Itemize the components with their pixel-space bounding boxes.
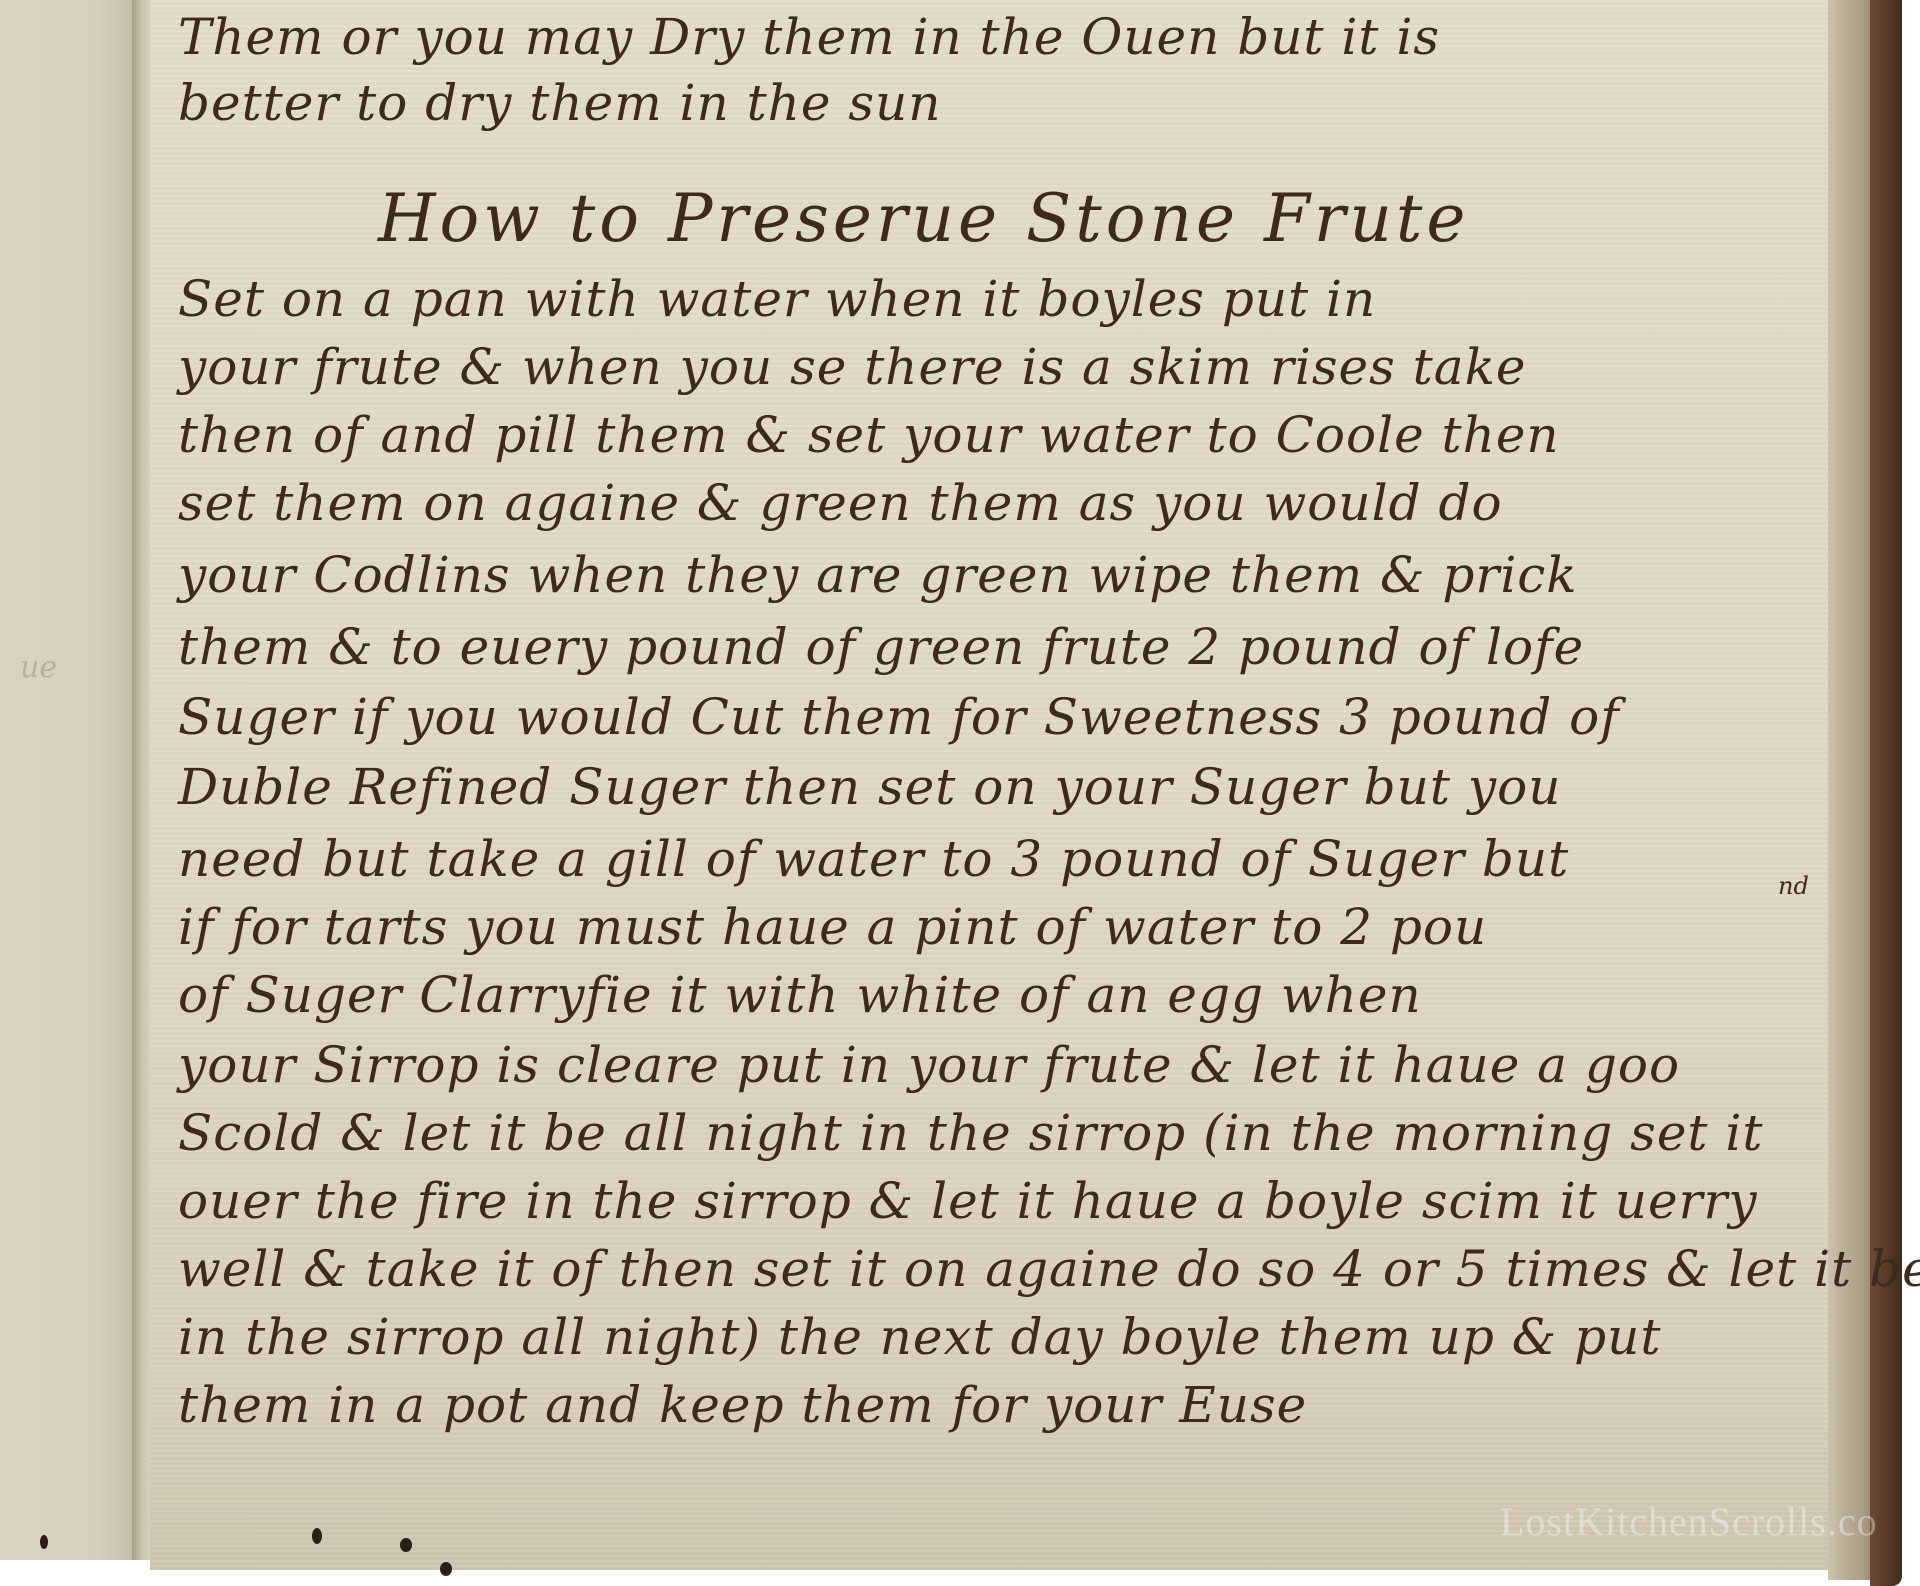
recipe-line: your Codlins when they are green wipe th… bbox=[178, 546, 1578, 604]
recipe-title: How to Preserue Stone Frute bbox=[378, 180, 1470, 257]
recipe-line: them in a pot and keep them for your Eus… bbox=[178, 1376, 1307, 1434]
page-fore-edge bbox=[1828, 0, 1872, 1580]
recipe-line: well & take it of then set it on againe … bbox=[178, 1240, 1920, 1298]
watermark: LostKitchenScrolls.co bbox=[1500, 1498, 1878, 1545]
worm-hole bbox=[40, 1535, 48, 1549]
superscript-abbreviation: nd bbox=[1778, 872, 1809, 900]
recipe-line: Duble Refined Suger then set on your Sug… bbox=[178, 758, 1561, 816]
recipe-line: then of and pill them & set your water t… bbox=[178, 406, 1560, 464]
worm-hole bbox=[400, 1538, 412, 1552]
book-binding bbox=[1870, 0, 1902, 1586]
recipe-line: your Sirrop is cleare put in your frute … bbox=[178, 1036, 1680, 1094]
recipe-line: Suger if you would Cut them for Sweetnes… bbox=[178, 688, 1620, 746]
recipe-line: ouer the fire in the sirrop & let it hau… bbox=[178, 1172, 1758, 1230]
recipe-line: need but take a gill of water to 3 pound… bbox=[178, 830, 1569, 888]
recipe-line: of Suger Clarryfie it with white of an e… bbox=[178, 966, 1422, 1024]
worm-hole bbox=[440, 1562, 452, 1576]
recipe-line: set them on againe & green them as you w… bbox=[178, 474, 1503, 532]
left-page-fragment: ue bbox=[20, 650, 57, 685]
recipe-line: them & to euery pound of green frute 2 p… bbox=[178, 618, 1584, 676]
recipe-line: Scold & let it be all night in the sirro… bbox=[178, 1104, 1763, 1162]
recipe-line: your frute & when you se there is a skim… bbox=[178, 338, 1526, 396]
recipe-line: in the sirrop all night) the next day bo… bbox=[178, 1308, 1661, 1366]
left-page: ue bbox=[0, 0, 140, 1560]
recipe-line: if for tarts you must haue a pint of wat… bbox=[178, 898, 1487, 956]
continuation-line: Them or you may Dry them in the Ouen but… bbox=[178, 8, 1440, 66]
worm-hole bbox=[312, 1528, 322, 1544]
continuation-line: better to dry them in the sun bbox=[178, 74, 941, 132]
recipe-line: Set on a pan with water when it boyles p… bbox=[178, 270, 1376, 328]
